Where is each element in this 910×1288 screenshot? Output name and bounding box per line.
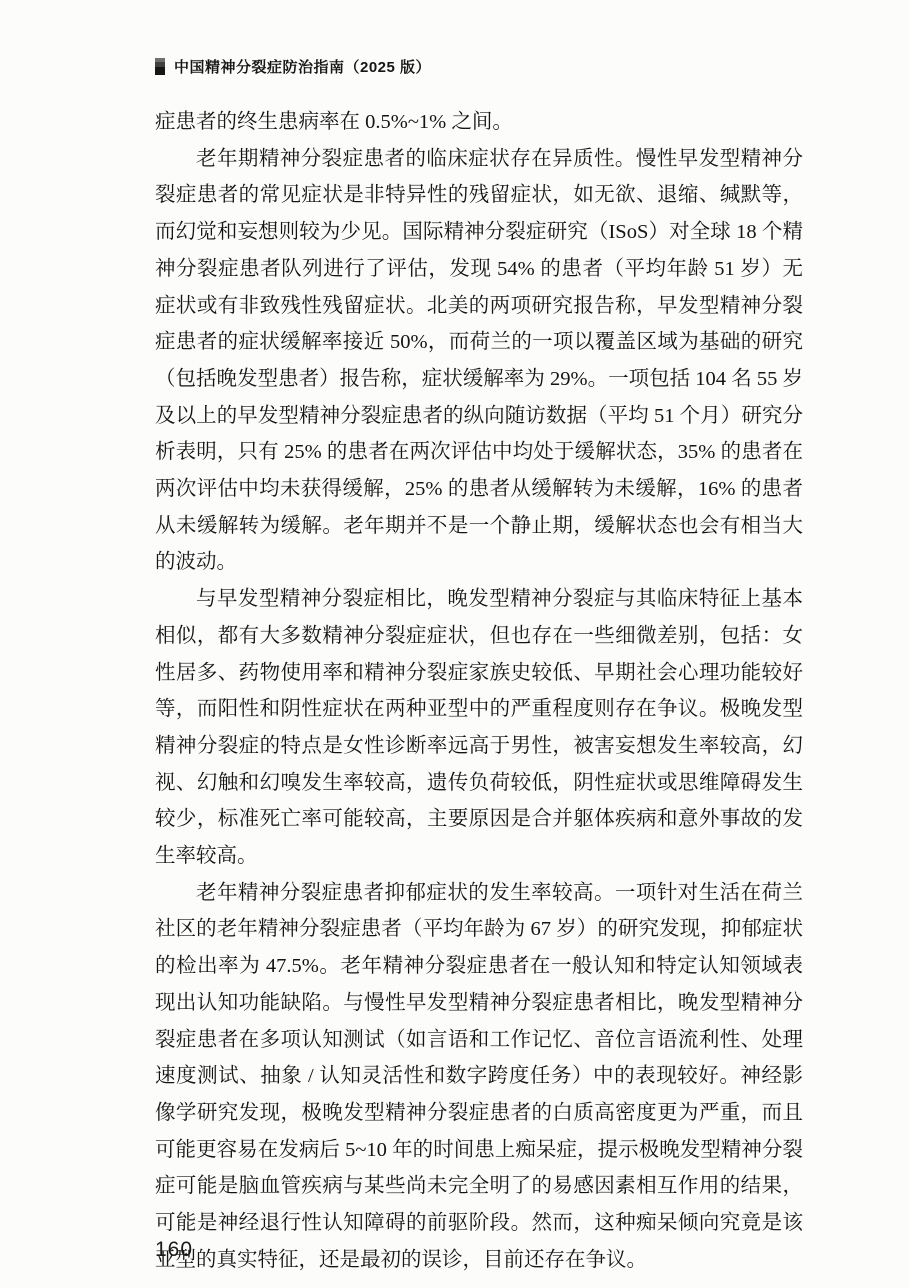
paragraph: 老年期精神分裂症患者的临床症状存在异质性。慢性早发型精神分裂症患者的常见症状是非… (155, 141, 803, 581)
paragraph: 与早发型精神分裂症相比，晚发型精神分裂症与其临床特征上基本相似，都有大多数精神分… (155, 581, 803, 875)
book-page: 中国精神分裂症防治指南（2025 版） 症患者的终生患病率在 0.5%~1% 之… (0, 0, 910, 1288)
running-header: 中国精神分裂症防治指南（2025 版） (155, 56, 431, 77)
section-marker-icon (155, 58, 165, 75)
running-title: 中国精神分裂症防治指南（2025 版） (174, 56, 431, 77)
paragraph: 老年精神分裂症患者抑郁症状的发生率较高。一项针对生活在荷兰社区的老年精神分裂症患… (155, 875, 803, 1279)
body-text: 症患者的终生患病率在 0.5%~1% 之间。 老年期精神分裂症患者的临床症状存在… (155, 104, 803, 1279)
paragraph-continuation: 症患者的终生患病率在 0.5%~1% 之间。 (155, 104, 803, 141)
page-number: 160 (155, 1238, 193, 1262)
